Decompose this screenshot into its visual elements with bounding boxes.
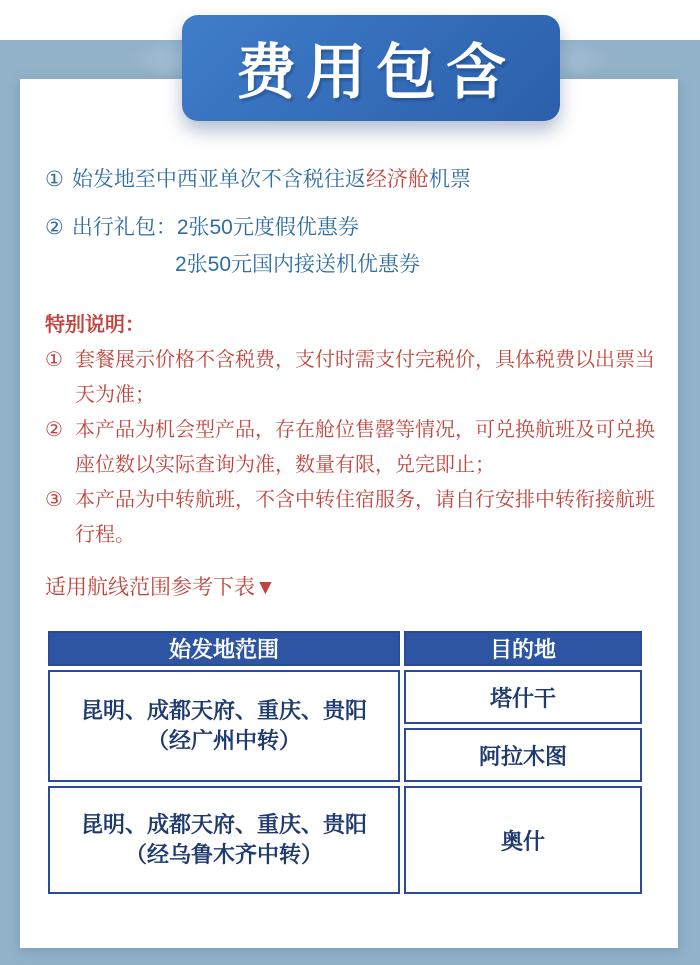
- include-item-flight-tail: 机票: [429, 168, 471, 191]
- circled-number-2: ②: [45, 413, 75, 483]
- circled-number-1: ①: [45, 343, 75, 413]
- include-item-cabin-highlight: 经济舱: [366, 168, 429, 191]
- origin-cell-via-guangzhou: 昆明、成都天府、重庆、贵阳 （经广州中转）: [48, 670, 400, 782]
- include-item-flight-text: 始发地至中西亚单次不含税往返: [72, 168, 366, 191]
- circled-number-2: ②: [45, 216, 64, 239]
- circled-number-1: ①: [45, 168, 64, 191]
- table-row: 昆明、成都天府、重庆、贵阳 （经广州中转） 塔什干: [48, 670, 642, 724]
- include-item-giftpack-text: 出行礼包：2张50元度假优惠券: [72, 216, 359, 239]
- route-table-header-row: 始发地范围 目的地: [48, 631, 642, 666]
- route-table-header-dest: 目的地: [404, 631, 642, 666]
- include-item-giftpack: ②出行礼包：2张50元度假优惠券: [45, 215, 471, 240]
- note-line: 天为准；: [75, 378, 655, 413]
- dest-cell-tashkent: 塔什干: [404, 670, 642, 724]
- origin-transfer-line: （经广州中转）: [50, 726, 398, 756]
- page-title-banner: 费用包含: [182, 15, 560, 121]
- page-title: 费用包含: [226, 25, 516, 111]
- note-line: 本产品为中转航班，不含中转住宿服务，请自行安排中转衔接航班: [75, 483, 655, 518]
- dest-cell-osh: 奥什: [404, 786, 642, 894]
- special-notes-section: 特别说明： ① 套餐展示价格不含税费，支付时需支付完税价，具体税费以出票当 天为…: [45, 308, 655, 553]
- note-item-tax: ① 套餐展示价格不含税费，支付时需支付完税价，具体税费以出票当 天为准；: [45, 343, 655, 413]
- fee-includes-section: ①始发地至中西亚单次不含税往返经济舱机票 ②出行礼包：2张50元度假优惠券 2张…: [45, 167, 471, 277]
- route-table: 始发地范围 目的地 昆明、成都天府、重庆、贵阳 （经广州中转） 塔什干 阿拉木图…: [44, 627, 646, 898]
- origin-cities-line: 昆明、成都天府、重庆、贵阳: [50, 696, 398, 726]
- route-table-header-origin: 始发地范围: [48, 631, 400, 666]
- include-item-flight: ①始发地至中西亚单次不含税往返经济舱机票: [45, 167, 471, 192]
- note-line: 座位数以实际查询为准，数量有限，兑完即止；: [75, 448, 655, 483]
- note-text: 本产品为中转航班，不含中转住宿服务，请自行安排中转衔接航班 行程。: [75, 483, 655, 553]
- dest-cell-almaty: 阿拉木图: [404, 728, 642, 782]
- note-text: 套餐展示价格不含税费，支付时需支付完税价，具体税费以出票当 天为准；: [75, 343, 655, 413]
- table-row: 昆明、成都天府、重庆、贵阳 （经乌鲁木齐中转） 奥什: [48, 786, 642, 894]
- note-text: 本产品为机会型产品，存在舱位售罄等情况，可兑换航班及可兑换 座位数以实际查询为准…: [75, 413, 655, 483]
- content-card: ①始发地至中西亚单次不含税往返经济舱机票 ②出行礼包：2张50元度假优惠券 2张…: [20, 79, 678, 948]
- route-table-caption: 适用航线范围参考下表▼: [45, 571, 276, 601]
- circled-number-3: ③: [45, 483, 75, 553]
- special-notes-heading: 特别说明：: [45, 308, 655, 343]
- note-line: 行程。: [75, 518, 655, 553]
- note-line: 本产品为机会型产品，存在舱位售罄等情况，可兑换航班及可兑换: [75, 413, 655, 448]
- note-line: 套餐展示价格不含税费，支付时需支付完税价，具体税费以出票当: [75, 343, 655, 378]
- origin-transfer-line: （经乌鲁木齐中转）: [50, 840, 398, 870]
- include-item-giftpack-line2: 2张50元国内接送机优惠券: [45, 252, 471, 277]
- note-item-availability: ② 本产品为机会型产品，存在舱位售罄等情况，可兑换航班及可兑换 座位数以实际查询…: [45, 413, 655, 483]
- origin-cities-line: 昆明、成都天府、重庆、贵阳: [50, 810, 398, 840]
- note-item-transfer: ③ 本产品为中转航班，不含中转住宿服务，请自行安排中转衔接航班 行程。: [45, 483, 655, 553]
- origin-cell-via-urumqi: 昆明、成都天府、重庆、贵阳 （经乌鲁木齐中转）: [48, 786, 400, 894]
